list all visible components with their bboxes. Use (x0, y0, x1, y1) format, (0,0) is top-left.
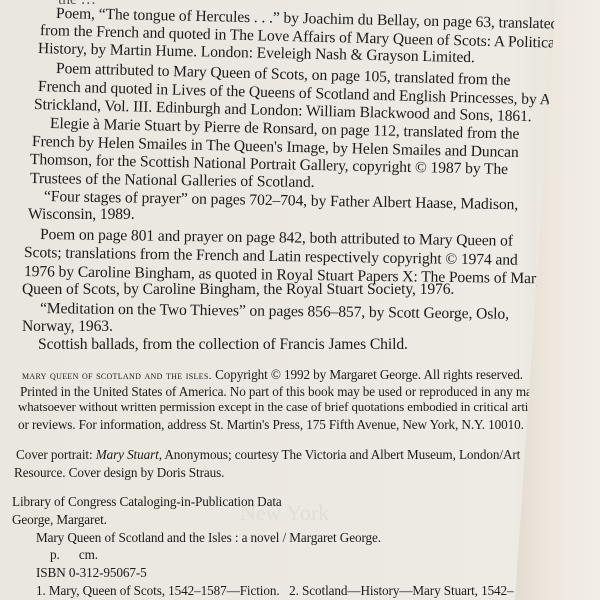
cover-credit-line: Cover portrait: Mary Stuart, Anonymous; … (16, 447, 520, 463)
permissions-line: Scottish ballads, from the collection of… (38, 336, 408, 354)
copyright-line: mary queen of scotland and the isles. Co… (22, 367, 523, 383)
cip-author: George, Margaret. (12, 512, 107, 528)
permissions-line: Wisconsin, 1989. (28, 206, 135, 224)
copyright-page: New York the … Poem, “The tongue of Herc… (0, 0, 600, 600)
cover-credit-line: Resource. Cover design by Doris Straus. (14, 465, 224, 481)
permissions-line: Queen of Scots, by Caroline Bingham, the… (22, 281, 454, 299)
cip-isbn: ISBN 0-312-95067-5 (36, 565, 147, 581)
permissions-line: Norway, 1963. (22, 318, 113, 336)
book-title-smallcaps: mary queen of scotland and the isles. (22, 368, 212, 382)
copyright-line: whatsoever without written permission ex… (18, 400, 548, 415)
copyright-line: or reviews. For information, address St.… (18, 417, 524, 433)
cip-subjects: 1. Mary, Queen of Scots, 1542–1587—Ficti… (36, 583, 514, 599)
cip-header: Library of Congress Cataloging-in-Public… (12, 494, 282, 510)
cip-pages: p. cm. (50, 547, 98, 563)
cip-title: Mary Queen of Scotland and the Isles : a… (36, 530, 381, 546)
copyright-line: Printed in the United States of America.… (20, 384, 555, 400)
